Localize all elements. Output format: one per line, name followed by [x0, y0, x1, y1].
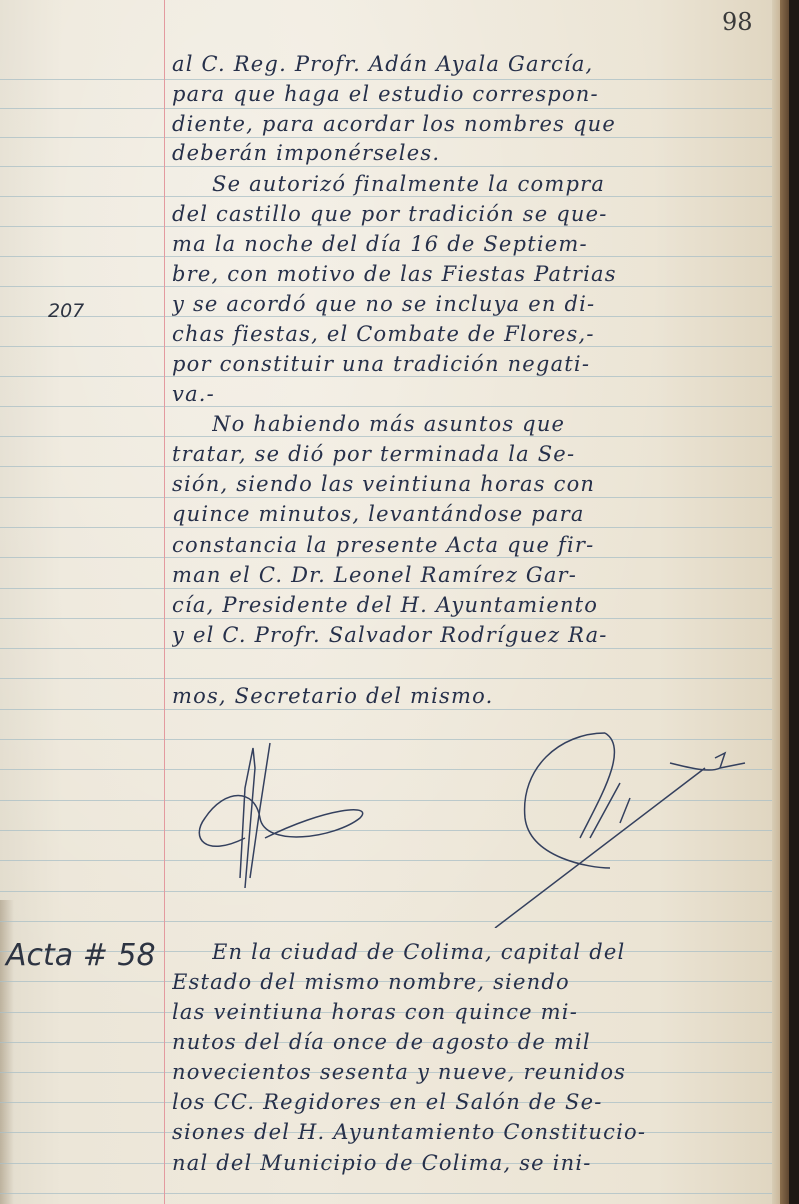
text-line: mos, Secretario del mismo.	[172, 684, 772, 708]
signature-presidente	[185, 728, 385, 898]
text-line: nal del Municipio de Colima, se ini-	[172, 1151, 772, 1175]
text-line: por constituir una tradición negati-	[172, 352, 772, 376]
text-line: siones del H. Ayuntamiento Constitucio-	[172, 1120, 772, 1144]
text-line: man el C. Dr. Leonel Ramírez Gar-	[172, 563, 772, 587]
text-line: nutos del día once de agosto de mil	[172, 1030, 772, 1054]
text-line: las veintiuna horas con quince mi-	[172, 1000, 772, 1024]
signature-secretario	[480, 728, 780, 928]
text-line: al C. Reg. Profr. Adán Ayala García,	[172, 52, 772, 76]
binding-shadow	[789, 0, 799, 1204]
text-line: tratar, se dió por terminada la Se-	[172, 442, 772, 466]
text-line: chas fiestas, el Combate de Flores,-	[172, 322, 772, 346]
margin-note-207: 207	[48, 300, 84, 322]
text-line: No habiendo más asuntos que	[212, 412, 799, 436]
signatures	[180, 728, 780, 928]
page-edges	[772, 0, 780, 1204]
text-line: cía, Presidente del H. Ayuntamiento	[172, 593, 772, 617]
text-line: deberán imponérseles.	[172, 141, 772, 165]
text-line: novecientos sesenta y nueve, reunidos	[172, 1060, 772, 1084]
text-line: sión, siendo las veintiuna horas con	[172, 472, 772, 496]
ledger-page: 98 207 Acta # 58 al C. Reg. Profr. Adán …	[0, 0, 772, 1204]
margin-note-acta-58: Acta # 58	[6, 938, 156, 973]
text-line: Se autorizó finalmente la compra	[212, 172, 799, 196]
text-line: los CC. Regidores en el Salón de Se-	[172, 1090, 772, 1114]
text-line: para que haga el estudio correspon-	[172, 82, 772, 106]
text-line: quince minutos, levantándose para	[172, 502, 772, 526]
text-line: ma la noche del día 16 de Septiem-	[172, 232, 772, 256]
text-line: va.-	[172, 382, 772, 406]
text-line: del castillo que por tradición se que-	[172, 202, 772, 226]
text-line: Estado del mismo nombre, siendo	[172, 970, 772, 994]
text-line: y se acordó que no se incluya en di-	[172, 292, 772, 316]
text-line: constancia la presente Acta que fir-	[172, 533, 772, 557]
text-line: bre, con motivo de las Fiestas Patrias	[172, 262, 772, 286]
text-line: En la ciudad de Colima, capital del	[212, 940, 799, 964]
book-binding	[780, 0, 789, 1204]
text-line: y el C. Profr. Salvador Rodríguez Ra-	[172, 623, 772, 647]
text-line: diente, para acordar los nombres que	[172, 112, 772, 136]
margin-line	[164, 0, 165, 1204]
page-number: 98	[722, 8, 753, 36]
